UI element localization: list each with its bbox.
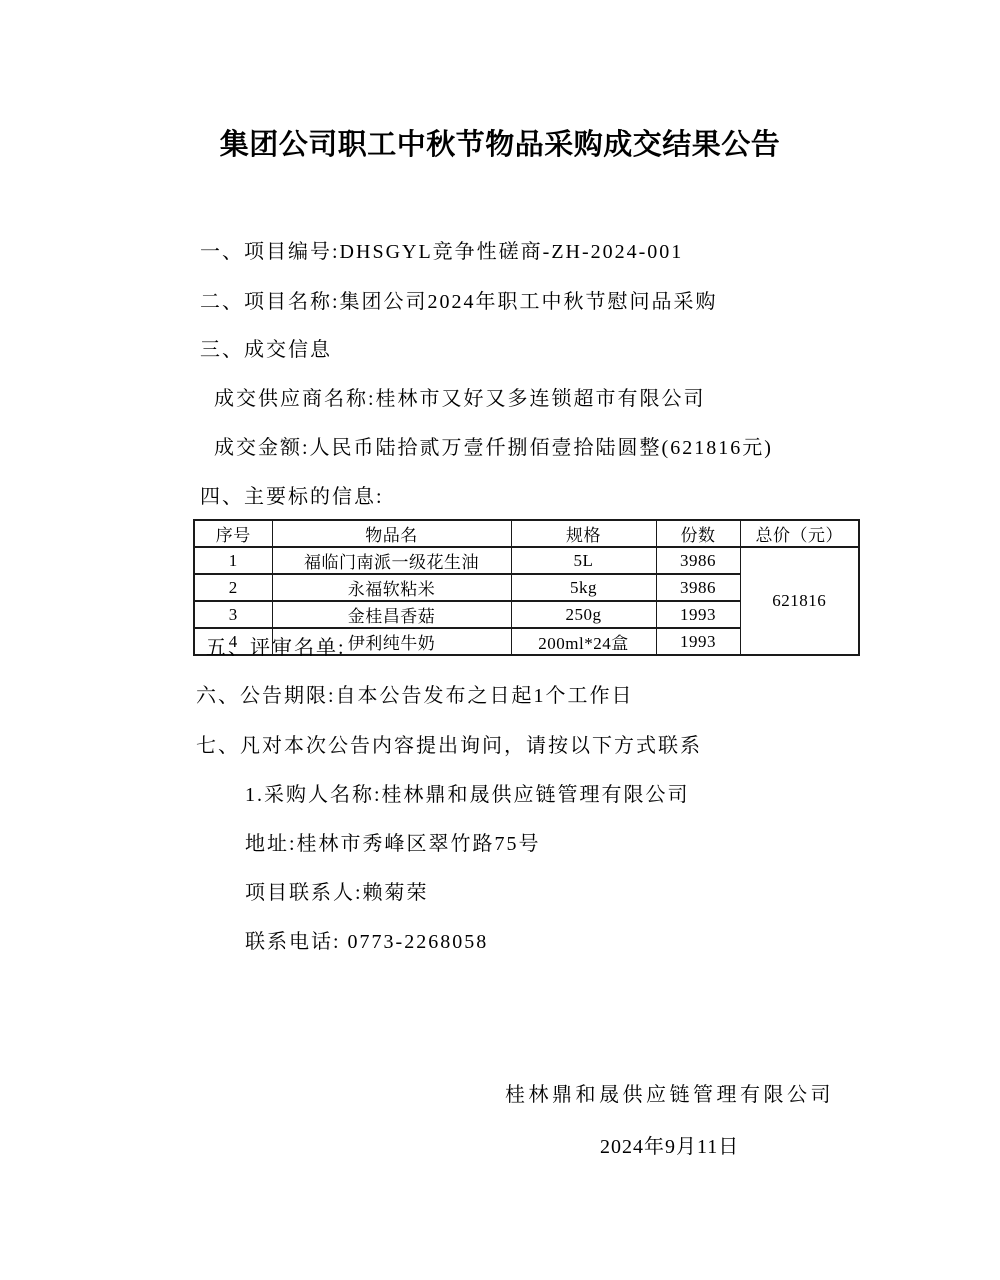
- cell-serial: 1: [194, 547, 272, 574]
- col-header-spec: 规格: [511, 520, 656, 547]
- col-header-item-name: 物品名: [272, 520, 511, 547]
- table-header-row: 序号 物品名 规格 份数 总价（元）: [194, 520, 859, 547]
- cell-spec: 5L: [511, 547, 656, 574]
- line-deal-info-heading: 三、成交信息: [200, 338, 332, 362]
- document-page: 集团公司职工中秋节物品采购成交结果公告 一、项目编号:DHSGYL竞争性磋商-Z…: [0, 0, 1000, 1280]
- line-project-number: 一、项目编号:DHSGYL竞争性磋商-ZH-2024-001: [200, 240, 683, 264]
- cell-spec: 5kg: [511, 574, 656, 601]
- signature-company: 桂林鼎和晟供应链管理有限公司: [505, 1078, 834, 1107]
- line-project-contact: 项目联系人:赖菊荣: [245, 881, 429, 905]
- document-title: 集团公司职工中秋节物品采购成交结果公告: [0, 122, 1000, 163]
- line-inquiry-notice: 七、凡对本次公告内容提出询问，请按以下方式联系: [196, 734, 702, 758]
- line-announcement-period: 六、公告期限:自本公告发布之日起1个工作日: [196, 684, 634, 708]
- cell-item-name: 永福软粘米: [272, 574, 511, 601]
- cell-item-name: 金桂昌香菇: [272, 601, 511, 628]
- table-row: 1 福临门南派一级花生油 5L 3986 621816: [194, 547, 859, 574]
- col-header-serial: 序号: [194, 520, 272, 547]
- cell-total-price: 621816: [740, 547, 859, 655]
- signature-date: 2024年9月11日: [600, 1130, 739, 1159]
- col-header-total-price: 总价（元）: [740, 520, 859, 547]
- cell-serial: 2: [194, 574, 272, 601]
- line-purchaser-name: 1.采购人名称:桂林鼎和晟供应链管理有限公司: [245, 783, 690, 807]
- cell-spec: 200ml*24盒: [511, 628, 656, 655]
- line-subject-info-heading: 四、主要标的信息:: [200, 485, 384, 509]
- cell-qty: 3986: [656, 574, 740, 601]
- col-header-qty: 份数: [656, 520, 740, 547]
- line-purchaser-address: 地址:桂林市秀峰区翠竹路75号: [245, 832, 541, 856]
- cell-qty: 1993: [656, 601, 740, 628]
- cell-qty: 3986: [656, 547, 740, 574]
- cell-spec: 250g: [511, 601, 656, 628]
- line-supplier-name: 成交供应商名称:桂林市又好又多连锁超市有限公司: [214, 387, 706, 411]
- cell-qty: 1993: [656, 628, 740, 655]
- line-project-name: 二、项目名称:集团公司2024年职工中秋节慰问品采购: [200, 290, 718, 314]
- line-review-list-heading: 五、评审名单:: [206, 636, 346, 660]
- line-deal-amount: 成交金额:人民币陆拾贰万壹仟捌佰壹拾陆圆整(621816元): [214, 436, 773, 460]
- cell-item-name: 福临门南派一级花生油: [272, 547, 511, 574]
- cell-serial: 3: [194, 601, 272, 628]
- line-contact-phone: 联系电话: 0773-2268058: [245, 930, 488, 954]
